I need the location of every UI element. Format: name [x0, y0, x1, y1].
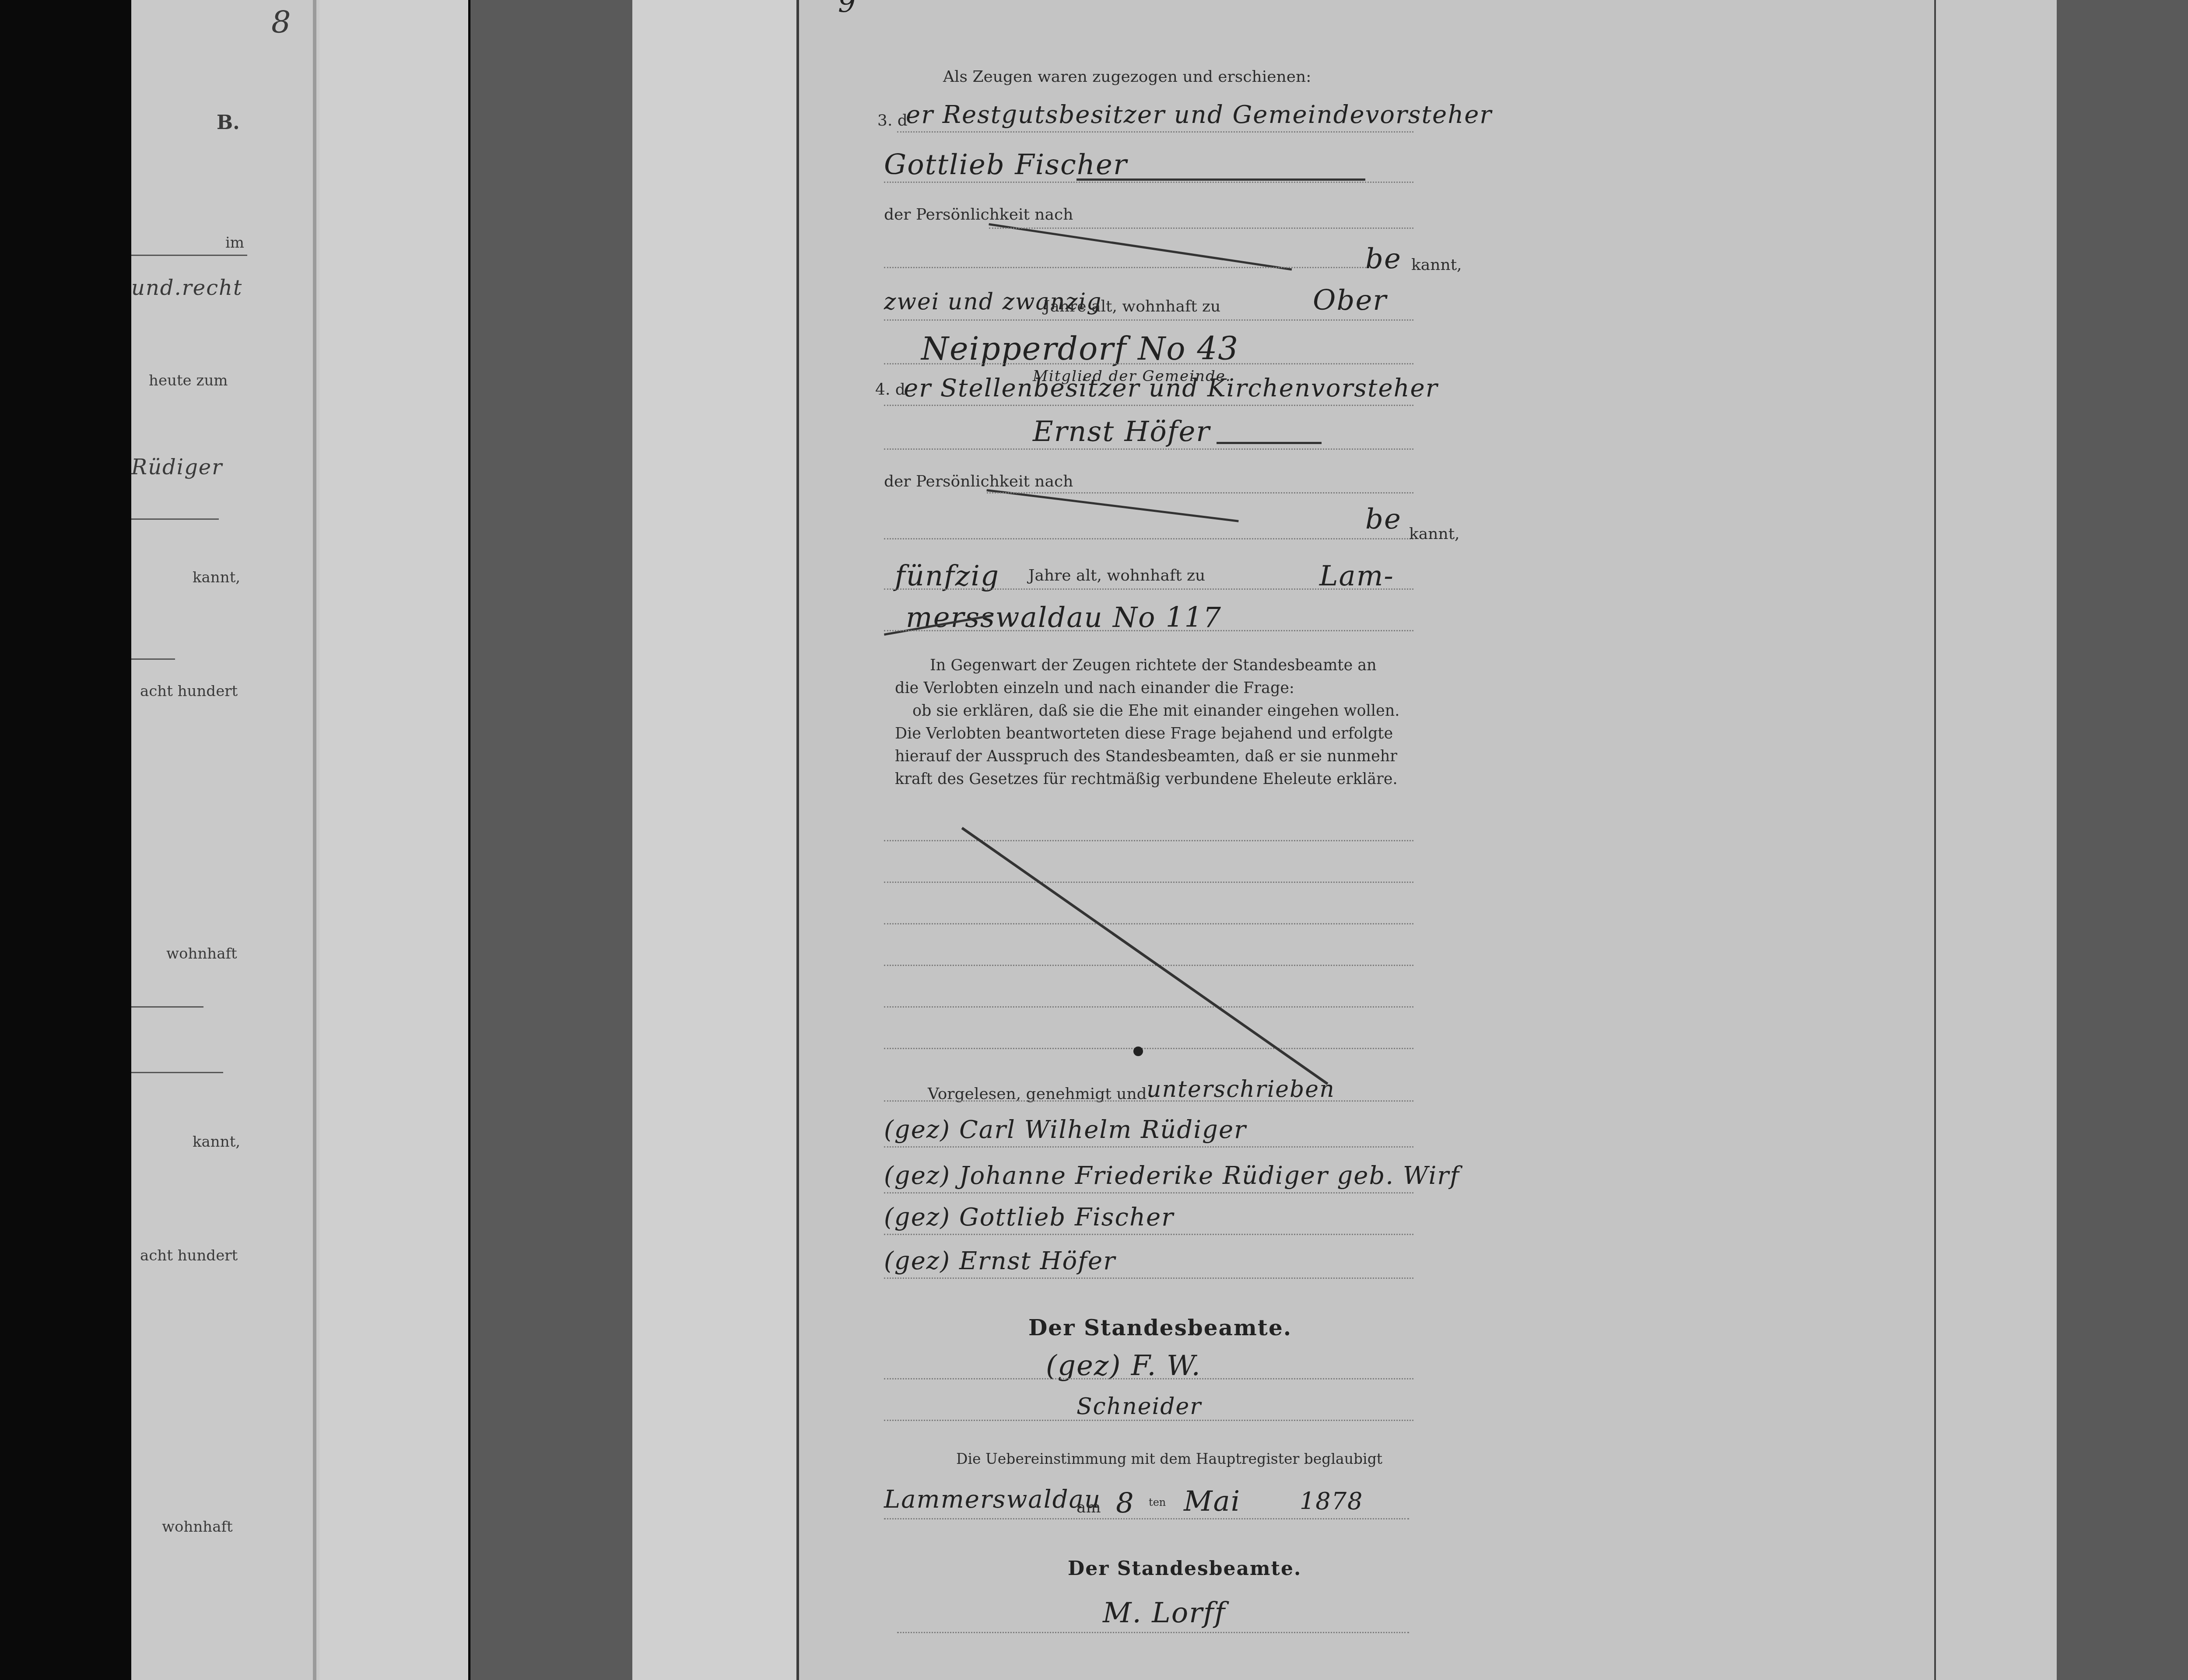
form-line [884, 1100, 1413, 1102]
page-gutter-right [1934, 0, 2057, 1680]
witness-3-known-suffix: kannt, [1411, 256, 1462, 274]
left-fragment-text: wohnhaft [162, 1518, 233, 1536]
witness-4-known-suffix: kannt, [1409, 525, 1460, 543]
left-fragment-text: im [225, 234, 244, 252]
registrar-heading-2: Der Standesbeamte. [1068, 1557, 1301, 1580]
registrar-signature-1: (gez) F. W. [1046, 1350, 1201, 1382]
form-line [884, 588, 1413, 590]
form-line [884, 882, 1413, 883]
ink-strike-line [1217, 442, 1322, 444]
form-line [884, 1006, 1413, 1008]
register-page: 9 Als Zeugen waren zugezogen und erschie… [796, 0, 1934, 1680]
form-line [884, 182, 1413, 183]
witness-4-number: 4. d [875, 381, 905, 399]
form-line [884, 630, 1413, 631]
witness-4-residence-2: mersswaldau No 117 [906, 602, 1222, 634]
certification-place: Lammerswaldau [884, 1485, 1101, 1514]
form-line [897, 1632, 1409, 1633]
witness-4-age-label: Jahre alt, wohnhaft zu [1028, 567, 1205, 584]
certification-year: 1878 [1300, 1487, 1363, 1515]
left-fragment-text: kannt, [193, 1133, 240, 1151]
form-line [884, 267, 1374, 268]
ink-blot [1133, 1046, 1143, 1056]
left-rule [131, 1006, 203, 1008]
form-line [884, 405, 1413, 406]
approval-value: unterschrieben [1147, 1076, 1335, 1102]
ceremony-line: hierauf der Ausspruch des Standesbeamten… [895, 745, 1411, 768]
witness-3-identity-label: der Persönlichkeit nach [884, 206, 1073, 224]
registrar-heading: Der Standesbeamte. [1028, 1315, 1292, 1340]
certification-ten: ten [1149, 1496, 1166, 1508]
left-rule [131, 1072, 223, 1073]
form-line [884, 840, 1413, 841]
form-line [884, 965, 1413, 966]
certification-day: 8 [1116, 1487, 1135, 1520]
form-line [884, 1146, 1413, 1148]
witness-3-known-prefix: be [1365, 243, 1402, 275]
witness-4-residence-1: Lam- [1319, 560, 1394, 592]
corner-mark: 9 [838, 0, 857, 19]
dark-band-right [2057, 0, 2188, 1680]
registrar-signature-certified: M. Lorff [1103, 1597, 1226, 1629]
ceremony-line: ob sie erklären, daß sie die Ehe mit ein… [895, 700, 1411, 722]
film-border-left [0, 0, 131, 1680]
page-gutter-left [319, 0, 468, 1680]
left-fragment-text: Rüdiger [131, 455, 223, 479]
left-fragment-text: acht hundert [140, 682, 238, 700]
page-gutter-mid-left [632, 0, 796, 1680]
left-fragment-text: acht hundert [140, 1247, 238, 1264]
page-number: 8 [271, 4, 292, 40]
form-line [884, 1192, 1413, 1193]
left-rule [131, 658, 175, 660]
witness-3-name: Gottlieb Fischer [884, 149, 1127, 181]
form-line [897, 131, 1413, 133]
form-line [884, 363, 1413, 364]
form-line [884, 1234, 1413, 1235]
witness-4-occupation: er Stellenbesitzer und Kirchenvorsteher [904, 374, 1438, 402]
form-line [989, 227, 1413, 229]
form-line [884, 1518, 1409, 1519]
left-page-fragment: 8 B. im und.recht heute zum Rüdiger kann… [131, 0, 319, 1680]
signature-2: (gez) Johanne Friederike Rüdiger geb. Wi… [884, 1162, 1460, 1190]
witness-3-residence-2: Neipperdorf No 43 [921, 330, 1239, 367]
left-fragment-text: heute zum [149, 372, 228, 389]
page-edge [796, 0, 799, 1680]
ink-strike-line [989, 223, 1292, 270]
witness-4-known-prefix: be [1365, 503, 1402, 535]
form-line [884, 448, 1413, 450]
witness-3-occupation: er Restgutsbesitzer und Gemeindevorstehe… [906, 101, 1492, 129]
form-line [884, 1420, 1413, 1421]
signature-4: (gez) Ernst Höfer [884, 1247, 1116, 1275]
ink-strike-line [1076, 178, 1365, 181]
form-line [884, 1378, 1413, 1379]
form-line [884, 319, 1413, 321]
left-rule [131, 518, 219, 520]
registrar-signature-2: Schneider [1076, 1393, 1202, 1420]
form-line [987, 492, 1413, 493]
form-line [884, 538, 1413, 539]
ink-strike-line [986, 489, 1238, 522]
form-line [884, 923, 1413, 924]
signature-3: (gez) Gottlieb Fischer [884, 1203, 1174, 1232]
form-line [884, 1048, 1413, 1049]
witness-3-age-label: Jahre alt, wohnhaft zu [1044, 297, 1220, 315]
witness-3-residence-1: Ober [1313, 284, 1387, 317]
page-edge-line [313, 0, 316, 1680]
form-line [884, 1277, 1413, 1279]
left-fragment-text: wohnhaft [166, 945, 237, 962]
witness-3-number: 3. d [877, 112, 908, 129]
dark-band-left [470, 0, 632, 1680]
witnesses-intro: Als Zeugen waren zugezogen und erschiene… [943, 68, 1311, 86]
ceremony-line: In Gegenwart der Zeugen richtete der Sta… [895, 654, 1411, 677]
witness-4-age: fünfzig [895, 560, 999, 592]
ceremony-line: die Verlobten einzeln und nach einander … [895, 677, 1411, 700]
ceremony-paragraph: In Gegenwart der Zeugen richtete der Sta… [895, 654, 1411, 791]
witness-4-identity-label: der Persönlichkeit nach [884, 472, 1073, 490]
certification-am: am [1076, 1498, 1101, 1516]
page-edge-line [1934, 0, 1936, 1680]
ink-diagonal-strike [961, 827, 1329, 1085]
ceremony-line: kraft des Gesetzes für rechtmäßig verbun… [895, 768, 1411, 791]
certification-month: Mai [1184, 1485, 1241, 1518]
left-rule [131, 255, 247, 256]
witness-4-name: Ernst Höfer [1033, 416, 1210, 448]
left-fragment-text: kannt, [193, 569, 240, 586]
ceremony-line: Die Verlobten beantworteten diese Frage … [895, 722, 1411, 745]
section-letter: B. [217, 112, 240, 134]
signature-1: (gez) Carl Wilhelm Rüdiger [884, 1116, 1247, 1144]
certification-text: Die Uebereinstimmung mit dem Hauptregist… [956, 1450, 1382, 1467]
left-fragment-text: und.recht [131, 276, 242, 300]
